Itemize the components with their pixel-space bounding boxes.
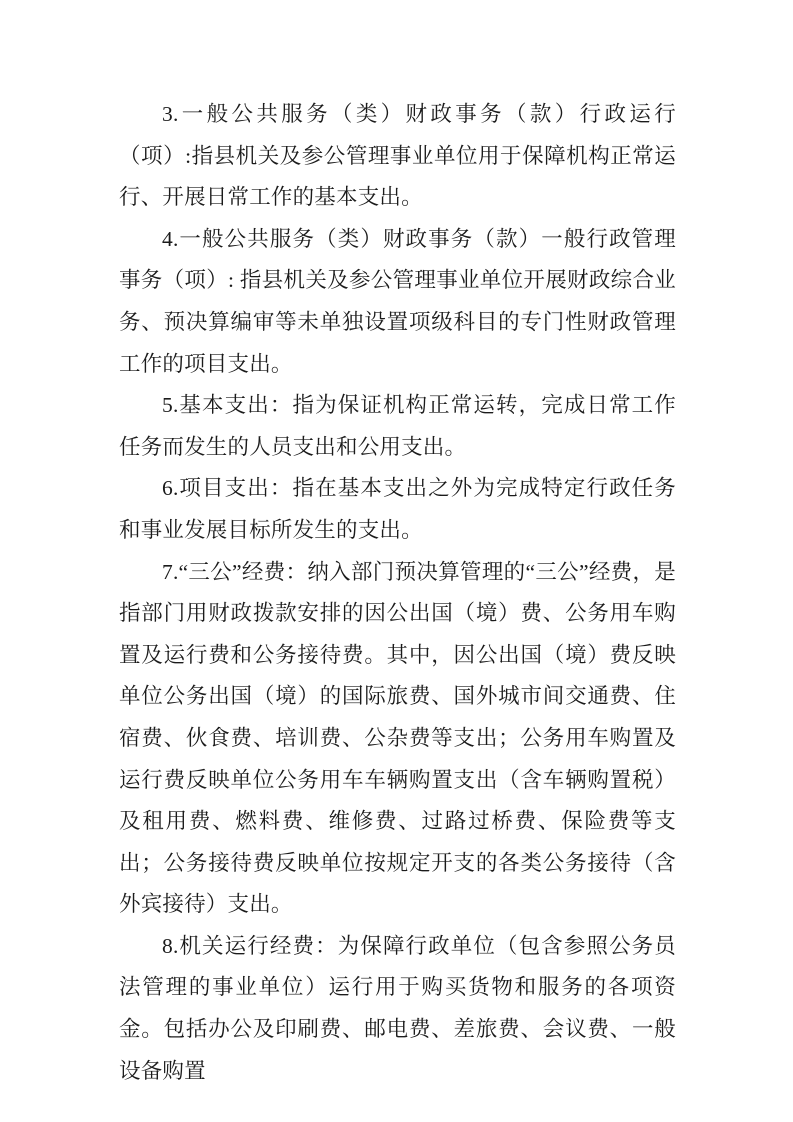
paragraph-6-project-expenditure: 6.项目支出：指在基本支出之外为完成特定行政任务和事业发展目标所发生的支出。: [119, 468, 676, 551]
paragraph-3-admin-operation: 3.一般公共服务（类）财政事务（款）行政运行（项）:指县机关及参公管理事业单位用…: [119, 94, 676, 219]
paragraph-7-three-public-funds: 7.“三公”经费：纳入部门预决算管理的“三公”经费，是指部门用财政拨款安排的因公…: [119, 552, 676, 926]
paragraph-5-basic-expenditure: 5.基本支出：指为保证机构正常运转，完成日常工作任务而发生的人员支出和公用支出。: [119, 385, 676, 468]
paragraph-8-agency-operating-funds: 8.机关运行经费：为保障行政单位（包含参照公务员法管理的事业单位）运行用于购买货…: [119, 926, 676, 1092]
document-body: 3.一般公共服务（类）财政事务（款）行政运行（项）:指县机关及参公管理事业单位用…: [119, 94, 676, 1092]
paragraph-4-general-admin-affairs: 4.一般公共服务（类）财政事务（款）一般行政管理事务（项）: 指县机关及参公管理…: [119, 219, 676, 385]
document-page: 3.一般公共服务（类）财政事务（款）行政运行（项）:指县机关及参公管理事业单位用…: [0, 0, 793, 1122]
